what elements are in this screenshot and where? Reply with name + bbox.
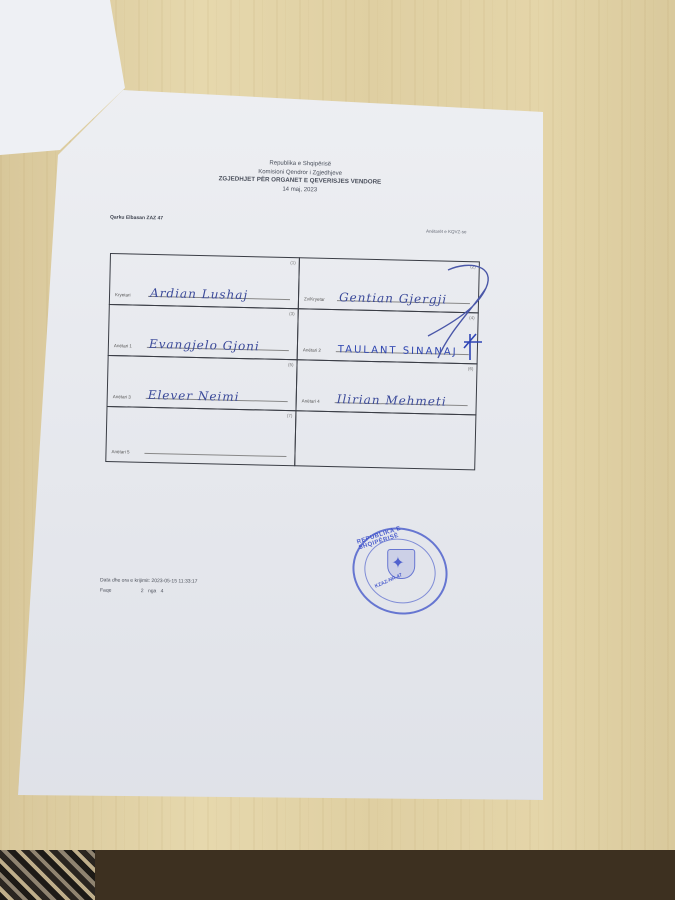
role-label: Anëtari 3 (113, 394, 131, 399)
signature-scribble (400, 258, 496, 378)
handwritten-signature: Elever Neimi (148, 388, 240, 404)
members-label: Anëtarët e KQVZ-se (426, 229, 467, 235)
role-label: Zv/Kryetar (304, 296, 325, 301)
empty-cell (294, 410, 476, 470)
patterned-rug (0, 850, 95, 900)
handwritten-signature: Evangjelo Gjoni (149, 337, 260, 354)
district-label: Qarku Elbasan ZAZ 47 (110, 215, 163, 222)
page-number: Faqe 2 nga 4 (100, 588, 164, 595)
floor (0, 850, 675, 900)
role-label: Anëtari 4 (302, 398, 320, 403)
role-label: Kryetari (115, 292, 131, 297)
handwritten-signature: Ilirian Mehmeti (337, 392, 447, 408)
signature-cell: (5) Anëtari 3 Elever Neimi (107, 355, 298, 411)
role-label: Anëtari 5 (111, 449, 129, 454)
signature-cell: (1) Kryetari Ardian Lushaj (109, 253, 300, 309)
stamp-code: KZAZ-NR-47 (374, 572, 403, 589)
signature-cell: (3) Anëtari 1 Evangjelo Gjoni (108, 304, 299, 360)
role-label: Anëtari 1 (114, 343, 132, 348)
document-header: Republika e Shqipërisë Komisioni Qendror… (180, 157, 421, 196)
signature-cell: (7) Anëtari 5 (105, 406, 296, 466)
handwritten-signature: Ardian Lushaj (150, 286, 248, 302)
role-label: Anëtari 2 (303, 347, 321, 352)
